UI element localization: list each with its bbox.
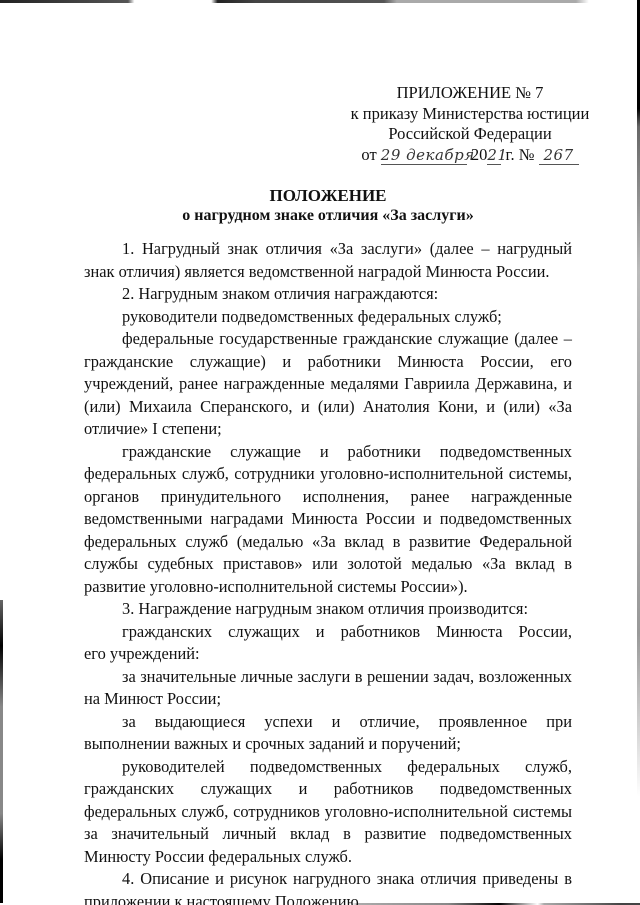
- handwritten-order-number: 267: [539, 147, 579, 165]
- document-title: ПОЛОЖЕНИЕ: [84, 186, 572, 206]
- handwritten-date: 29 декабря: [381, 147, 467, 165]
- year-suffix: г. №: [506, 145, 535, 164]
- appendix-country: Российской Федерации: [350, 124, 590, 145]
- paragraph-3-item-1a: за значительные личные заслуги в решении…: [84, 666, 572, 711]
- year-prefix: 20: [471, 145, 488, 164]
- appendix-date-line: от 29 декабря 2021 г. № 267: [350, 145, 590, 166]
- scan-edge-left: [0, 600, 3, 905]
- paragraph-1: 1. Нагрудный знак отличия «За заслуги» (…: [84, 238, 572, 283]
- scan-edge-top: [0, 0, 640, 3]
- paragraph-2-item-3: гражданские служащие и работники подведо…: [84, 441, 572, 599]
- paragraph-3-item-1-cont: его учреждений:: [84, 643, 572, 666]
- paragraph-2-item-2: федеральные государственные гражданские …: [84, 328, 572, 441]
- document-body: 1. Нагрудный знак отличия «За заслуги» (…: [84, 238, 572, 905]
- appendix-header: ПРИЛОЖЕНИЕ № 7 к приказу Министерства юс…: [350, 83, 590, 165]
- paragraph-3-item-1b: за выдающиеся успехи и отличие, проявлен…: [84, 711, 572, 756]
- document-subtitle: о нагрудном знаке отличия «За заслуги»: [84, 207, 572, 225]
- appendix-number: ПРИЛОЖЕНИЕ № 7: [350, 83, 590, 104]
- handwritten-year: 21: [487, 147, 501, 165]
- paragraph-3: 3. Награждение нагрудным знаком отличия …: [84, 598, 572, 621]
- paragraph-3-item-1: гражданских служащих и работников Минюст…: [84, 621, 572, 644]
- paragraph-4: 4. Описание и рисунок нагрудного знака о…: [84, 868, 572, 905]
- paragraph-3-item-2: руководителей подведомственных федеральн…: [84, 756, 572, 869]
- appendix-order-ref: к приказу Министерства юстиции: [350, 104, 590, 125]
- date-prefix: от: [361, 145, 376, 164]
- paragraph-2-item-1: руководители подведомственных федеральны…: [84, 306, 572, 329]
- paragraph-2: 2. Нагрудным знаком отличия награждаются…: [84, 283, 572, 306]
